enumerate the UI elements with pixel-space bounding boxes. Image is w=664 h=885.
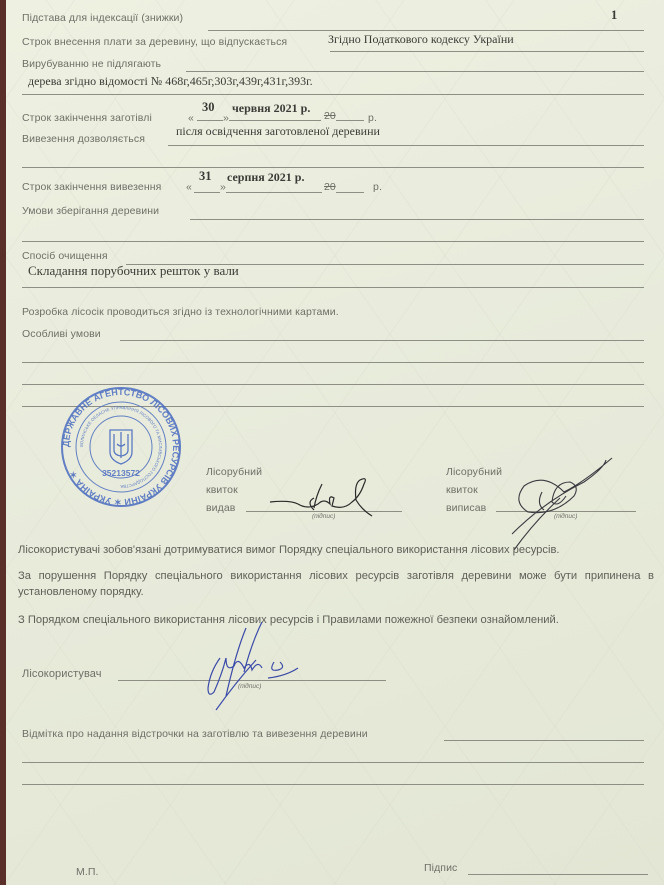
export-year-line <box>336 192 364 193</box>
deferral-line-2 <box>22 762 644 763</box>
export-end-label: Строк закінчення вивезення <box>22 181 161 193</box>
written-line2: квиток <box>446 484 478 496</box>
seal-place-label: М.П. <box>76 866 99 878</box>
harvest-end-label: Строк закінчення заготівлі <box>22 112 152 124</box>
export-year-suffix: р. <box>373 181 382 193</box>
export-day-line <box>194 192 220 193</box>
issued-line1: Лісорубний <box>206 466 262 478</box>
notice-acknowledged: З Порядком спеціального використання ліс… <box>18 612 654 628</box>
written-line3: виписав <box>446 502 486 514</box>
special-conditions-line-2 <box>22 362 644 363</box>
special-conditions-label: Особливі умови <box>22 328 101 340</box>
page-number: 1 <box>611 8 617 23</box>
indexation-basis-line[interactable] <box>208 30 644 31</box>
quote-open: « <box>186 181 192 193</box>
harvest-end-month-year: червня 2021 р. <box>232 101 310 116</box>
export-end-month-year: серпня 2021 р. <box>227 170 304 185</box>
issued-line2: квиток <box>206 484 238 496</box>
export-allowed-label: Вивезення дозволяється <box>22 133 145 145</box>
harvest-year-line <box>336 120 364 121</box>
harvest-day-line <box>197 120 223 121</box>
special-conditions-line-3 <box>22 384 644 385</box>
not-felled-label: Вирубуванню не підлягають <box>22 58 161 70</box>
export-month-line <box>226 192 322 193</box>
payment-deadline-line <box>330 51 644 52</box>
stamp-code: 35213572 <box>102 468 140 478</box>
cleaning-label: Спосіб очищення <box>22 250 108 262</box>
export-allowed-line-2 <box>22 167 644 168</box>
export-allowed-value: після освідчення заготовленої деревини <box>176 124 380 139</box>
cleaning-value: Складання порубочних решток у вали <box>28 263 239 279</box>
forest-user-label: Лісокористувач <box>22 668 102 680</box>
harvest-printed-year-prefix: 20 <box>324 110 336 122</box>
harvest-year-suffix: р. <box>368 112 377 124</box>
issued-line3: видав <box>206 502 236 514</box>
footer-signature-line[interactable] <box>468 874 648 875</box>
export-allowed-line <box>168 145 644 146</box>
not-felled-line <box>186 71 644 72</box>
special-conditions-line <box>120 340 644 341</box>
storage-label: Умови зберігання деревини <box>22 205 159 217</box>
not-felled-value: дерева згідно відомості № 468г,465г,303г… <box>28 74 313 89</box>
issued-signature <box>268 470 378 520</box>
quote-open: « <box>188 112 194 124</box>
signature-label: Підпис <box>424 862 457 874</box>
trident-icon <box>110 430 132 464</box>
official-stamp: ДЕРЖАВНЕ АГЕНТСТВО ЛІСОВИХ РЕСУРСІВ УКРА… <box>58 386 184 508</box>
quote-close: » <box>223 112 229 124</box>
forest-ticket-page: Підстава для індексації (знижки) 1 Строк… <box>6 0 664 885</box>
forest-user-signature <box>196 622 306 712</box>
harvest-month-line <box>229 120 321 121</box>
storage-line <box>190 219 644 220</box>
notice-violation: За порушення Порядку спеціального викори… <box>18 568 654 600</box>
harvest-end-day: 30 <box>202 100 215 115</box>
payment-deadline-value: Згідно Податкового кодексу України <box>328 32 514 47</box>
indexation-basis-label: Підстава для індексації (знижки) <box>22 12 183 24</box>
not-felled-line-2 <box>22 94 644 95</box>
export-end-day: 31 <box>199 169 212 184</box>
export-printed-year-prefix: 20 <box>324 181 336 193</box>
deferral-line <box>444 740 644 741</box>
deferral-label: Відмітка про надання відстрочки на загот… <box>22 728 368 740</box>
payment-deadline-label: Строк внесення плати за деревину, що від… <box>22 36 287 48</box>
notice-obligation: Лісокористувачі зобов'язані дотримуватис… <box>18 542 654 558</box>
deferral-line-3 <box>22 784 644 785</box>
tech-maps-note: Розробка лісосік проводиться згідно із т… <box>22 306 339 318</box>
storage-line-2 <box>22 241 644 242</box>
cleaning-line-2 <box>22 287 644 288</box>
